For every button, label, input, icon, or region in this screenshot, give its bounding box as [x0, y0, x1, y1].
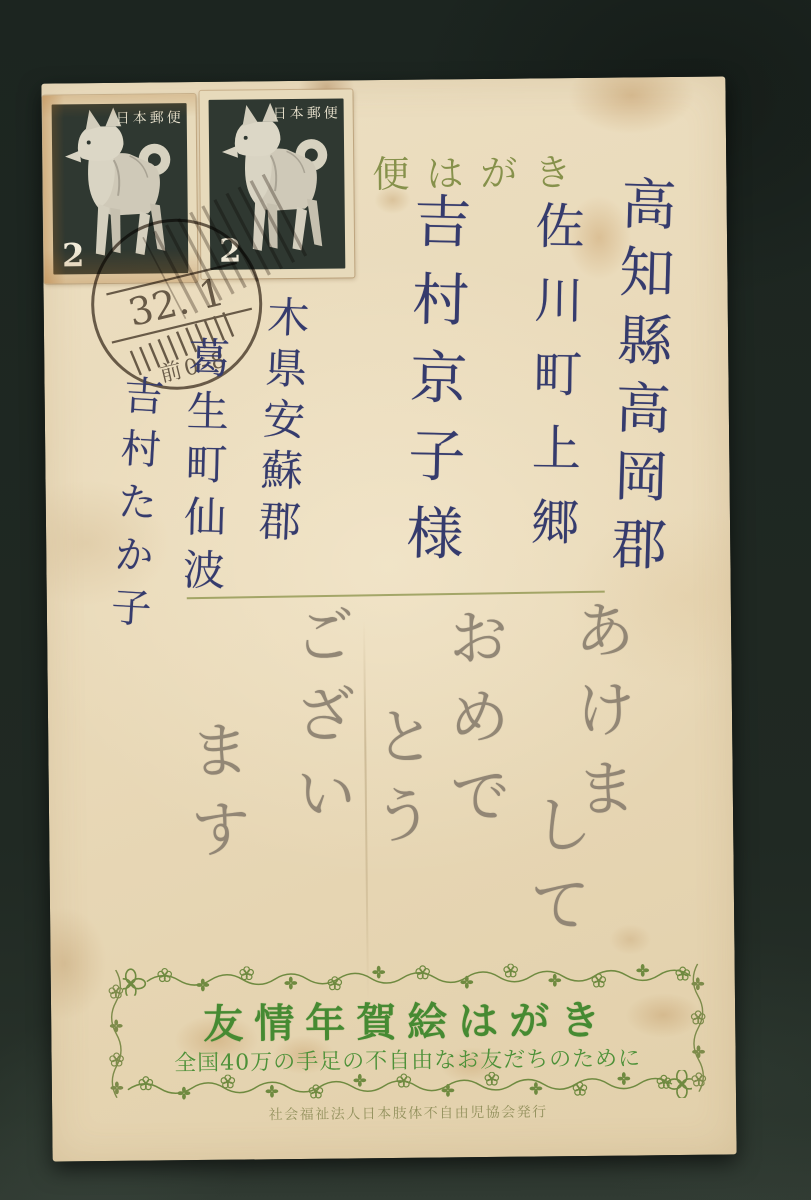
postcard: 便はがき 日本郵便 2 日本郵便 2 32. 1 前0-8 高知縣高岡郡 佐川町… — [41, 76, 736, 1161]
photo-background: { "scene": { "description": "aged Japane… — [0, 0, 811, 1200]
stamp-country-label: 日本郵便 — [273, 102, 341, 123]
publisher-line: 社会福祉法人日本肢体不自由児協会発行 — [110, 1100, 706, 1126]
sender-address-line1: 木県安蘇郡 — [246, 294, 317, 551]
recipient-address-line1: 高知縣高岡郡 — [595, 174, 685, 584]
footer-panel: 友情年賀絵はがき 全国40万の手足の不自由なお友だちのために 社会福祉法人日本肢… — [109, 962, 707, 1143]
printed-divider-line — [187, 591, 605, 600]
greeting-column-4: とう — [353, 703, 446, 863]
sender-address-line2: 葛生町仙波 — [170, 335, 236, 601]
floral-border-bottom — [124, 1070, 692, 1104]
stamp-denomination: 2 — [62, 239, 85, 271]
greeting-column-5: ござい — [275, 602, 366, 840]
printed-hagaki-header: 便はがき — [372, 142, 589, 198]
greeting-column-6: ます — [170, 717, 261, 876]
recipient-name: 吉村京子様 — [388, 191, 480, 583]
stamp-country-label: 日本郵便 — [116, 107, 184, 128]
sender-name: 吉村たか子 — [98, 373, 171, 641]
postmark-date: 32. 1 — [124, 270, 228, 336]
recipient-address-line2: 佐川町上郷 — [516, 200, 592, 571]
greeting-column-2: して — [508, 790, 604, 952]
